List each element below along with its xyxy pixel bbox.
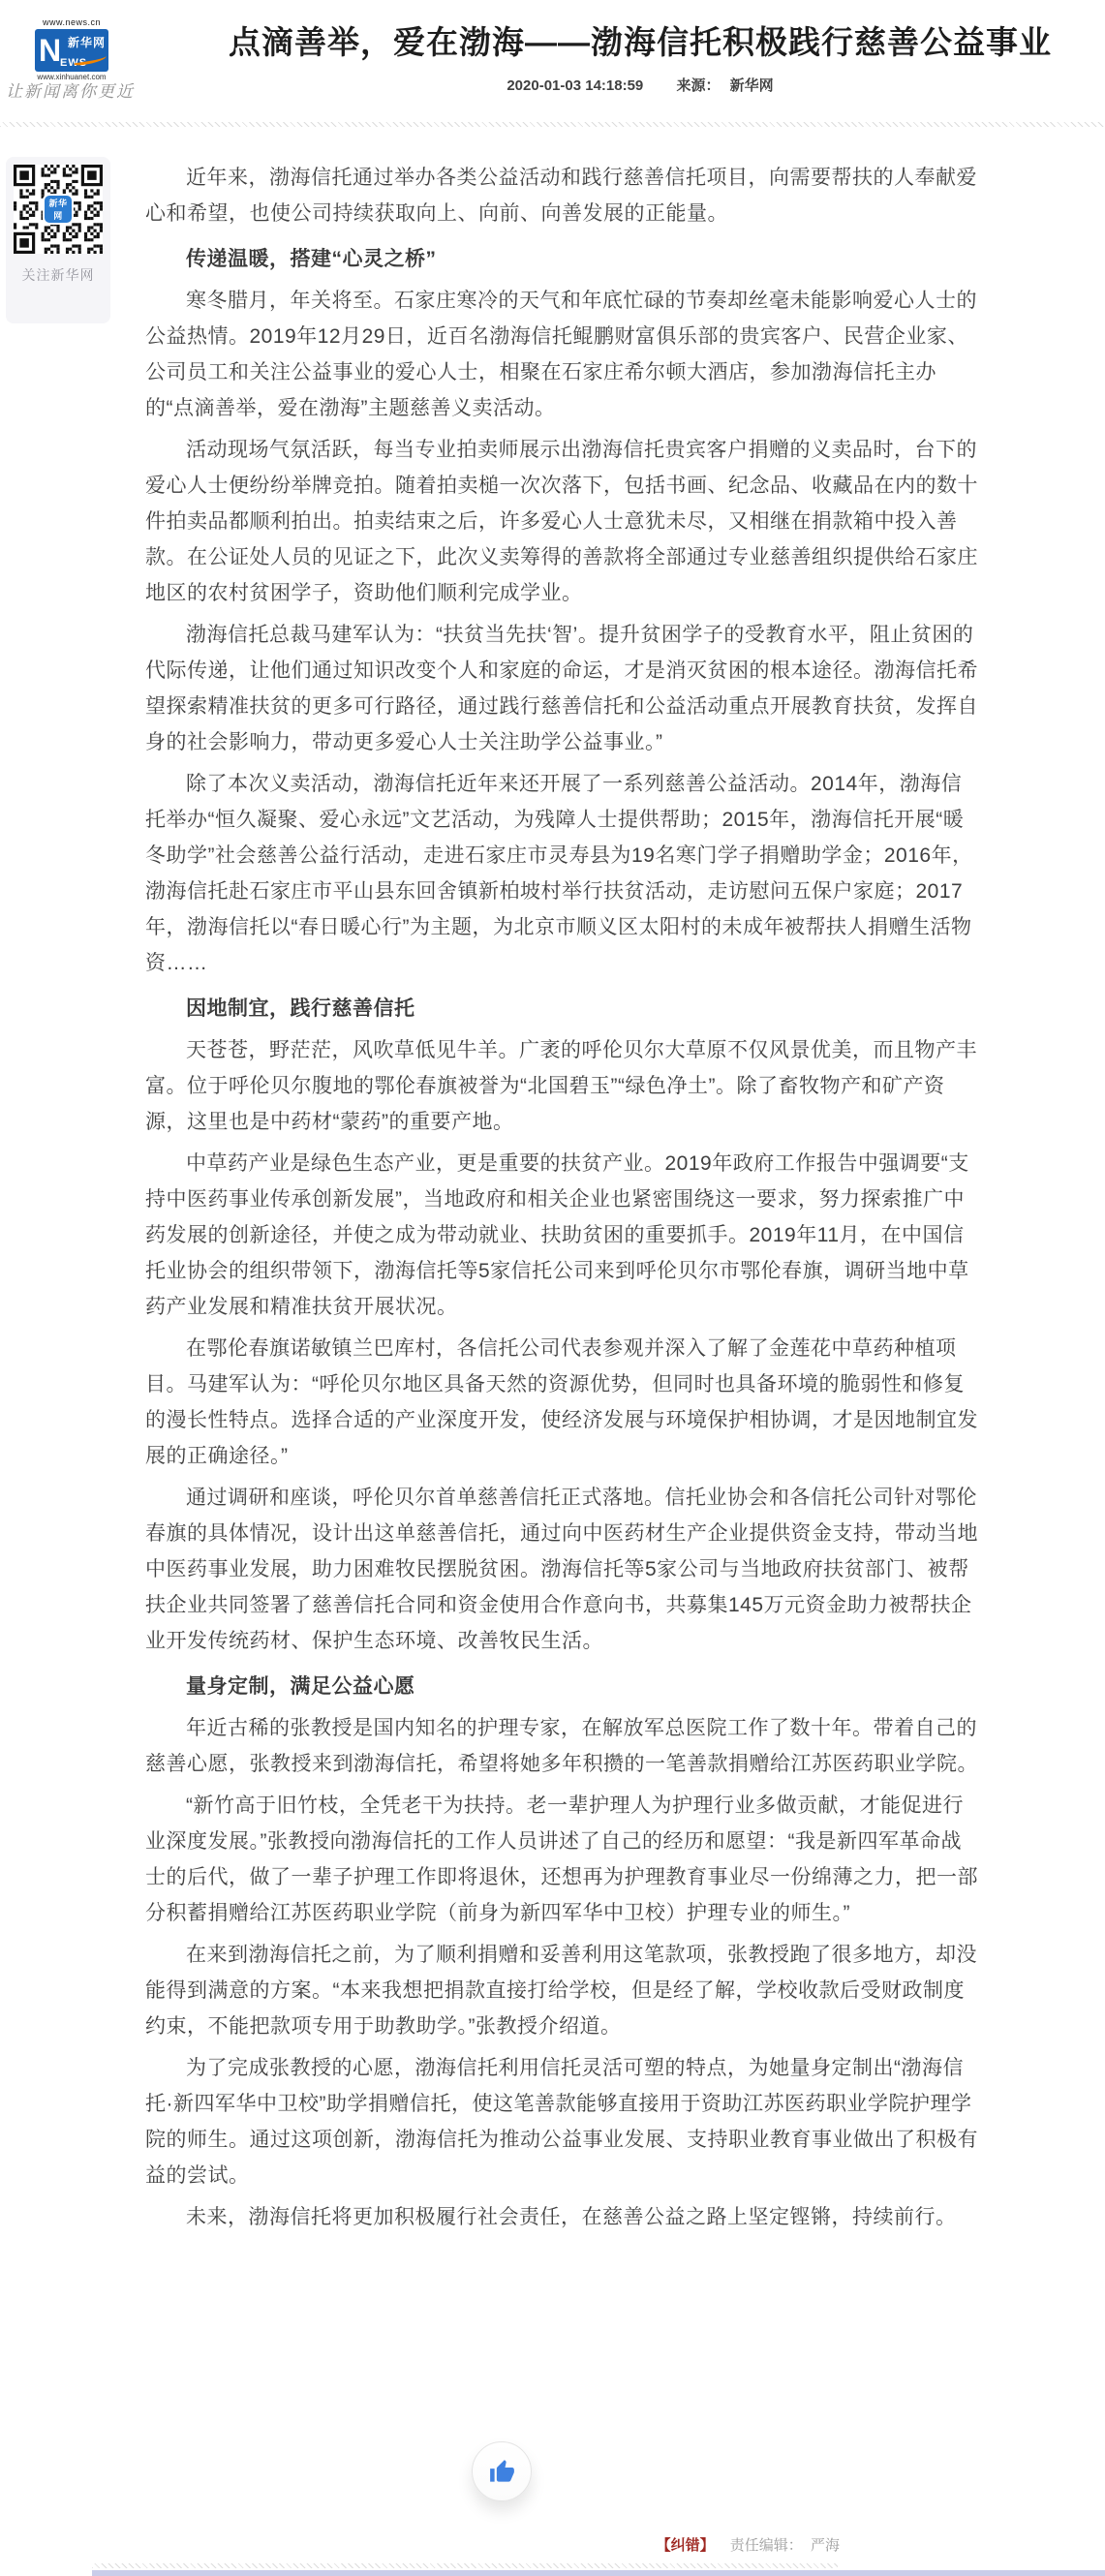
footer-bar	[92, 2570, 1105, 2576]
article-paragraph: 中草药产业是绿色生态产业，更是重要的扶贫产业。2019年政府工作报告中强调要“支…	[145, 1146, 978, 1325]
article-body: 近年来，渤海信托通过举办各类公益活动和践行慈善信托项目，向需要帮扶的人奉献爱心和…	[145, 131, 978, 2241]
section-heading: 量身定制，满足公益心愿	[145, 1669, 978, 1704]
correction-link[interactable]: 【纠错】	[657, 2537, 715, 2554]
editor-label: 责任编辑：	[730, 2537, 803, 2554]
xinhuanet-logo[interactable]: www.news.cn N 新华网 EWS www.xinhuanet.com	[27, 17, 116, 81]
footer-divider	[92, 2563, 838, 2568]
logo-letter-n: N	[39, 29, 61, 72]
xinhuanet-logo-icon: N 新华网 EWS	[35, 29, 108, 72]
article-paragraph: 通过调研和座谈，呼伦贝尔首单慈善信托正式落地。信托业协会和各信托公司针对鄂伦春旗…	[145, 1480, 978, 1659]
article-paragraph: 未来，渤海信托将更加积极履行社会责任，在慈善公益之路上坚定铿锵，持续前行。	[145, 2199, 978, 2235]
publish-time: 2020-01-03 14:18:59	[506, 77, 643, 94]
editor-name: 严海	[811, 2537, 840, 2554]
header-divider	[0, 122, 1105, 127]
thumbs-up-icon	[489, 2459, 515, 2485]
site-slogan: 让新闻离你更近	[6, 77, 132, 102]
logo-url-top: www.news.cn	[27, 17, 116, 27]
article-paragraph: 活动现场气氛活跃，每当专业拍卖师展示出渤海信托贵宾客户捐赠的义卖品时，台下的爱心…	[145, 432, 978, 611]
qr-center-app-icon: 新华网	[43, 194, 74, 225]
article-paragraph: 年近古稀的张教授是国内知名的护理专家，在解放军总医院工作了数十年。带着自己的慈善…	[145, 1710, 978, 1782]
header-text-block: 点滴善举，爱在渤海——渤海信托积极践行慈善公益事业 2020-01-03 14:…	[180, 23, 1100, 95]
news-article-page: www.news.cn N 新华网 EWS www.xinhuanet.com …	[0, 0, 1105, 2576]
logo-swoosh-icon	[74, 54, 107, 67]
section-heading: 因地制宜，践行慈善信托	[145, 991, 978, 1027]
like-button[interactable]	[472, 2441, 532, 2501]
article-footer: 【纠错】 责任编辑： 严海	[657, 2534, 840, 2555]
article-meta: 2020-01-03 14:18:59 来源： 新华网	[180, 75, 1100, 95]
page-header: www.news.cn N 新华网 EWS www.xinhuanet.com …	[0, 0, 1105, 124]
qr-code: 新华网	[14, 165, 103, 254]
article-paragraph: 在来到渤海信托之前，为了顺利捐赠和妥善利用这笔款项，张教授跑了很多地方，却没能得…	[145, 1937, 978, 2044]
qr-caption: 关注新华网	[6, 265, 110, 285]
article-paragraph: 天苍苍，野茫茫，风吹草低见牛羊。广袤的呼伦贝尔大草原不仅风景优美，而且物产丰富。…	[145, 1032, 978, 1140]
article-paragraph: 近年来，渤海信托通过举办各类公益活动和践行慈善信托项目，向需要帮扶的人奉献爱心和…	[145, 160, 978, 231]
section-heading: 传递温暖，搭建“心灵之桥”	[145, 241, 978, 277]
article-paragraph: 寒冬腊月，年关将至。石家庄寒冷的天气和年底忙碌的节奏却丝毫未能影响爱心人士的公益…	[145, 283, 978, 426]
article-paragraph: 在鄂伦春旗诺敏镇兰巴库村，各信托公司代表参观并深入了解了金莲花中草药种植项目。马…	[145, 1331, 978, 1474]
article-paragraph: 渤海信托总裁马建军认为：“扶贫当先扶‘智’。提升贫困学子的受教育水平，阻止贫困的…	[145, 617, 978, 760]
source-name[interactable]: 新华网	[730, 77, 774, 94]
article-paragraph: 为了完成张教授的心愿，渤海信托利用信托灵活可塑的特点，为她量身定制出“渤海信托·…	[145, 2050, 978, 2193]
article-title: 点滴善举，爱在渤海——渤海信托积极践行慈善公益事业	[180, 23, 1100, 62]
source-label: 来源：	[676, 77, 720, 94]
article-paragraph: “新竹高于旧竹枝，全凭老干为扶持。老一辈护理人为护理行业多做贡献，才能促进行业深…	[145, 1788, 978, 1931]
logo-brand-text: 新华网	[68, 34, 106, 50]
article-paragraph: 除了本次义卖活动，渤海信托近年来还开展了一系列慈善公益活动。2014年，渤海信托…	[145, 766, 978, 981]
qr-follow-card: 新华网 关注新华网	[6, 157, 110, 323]
